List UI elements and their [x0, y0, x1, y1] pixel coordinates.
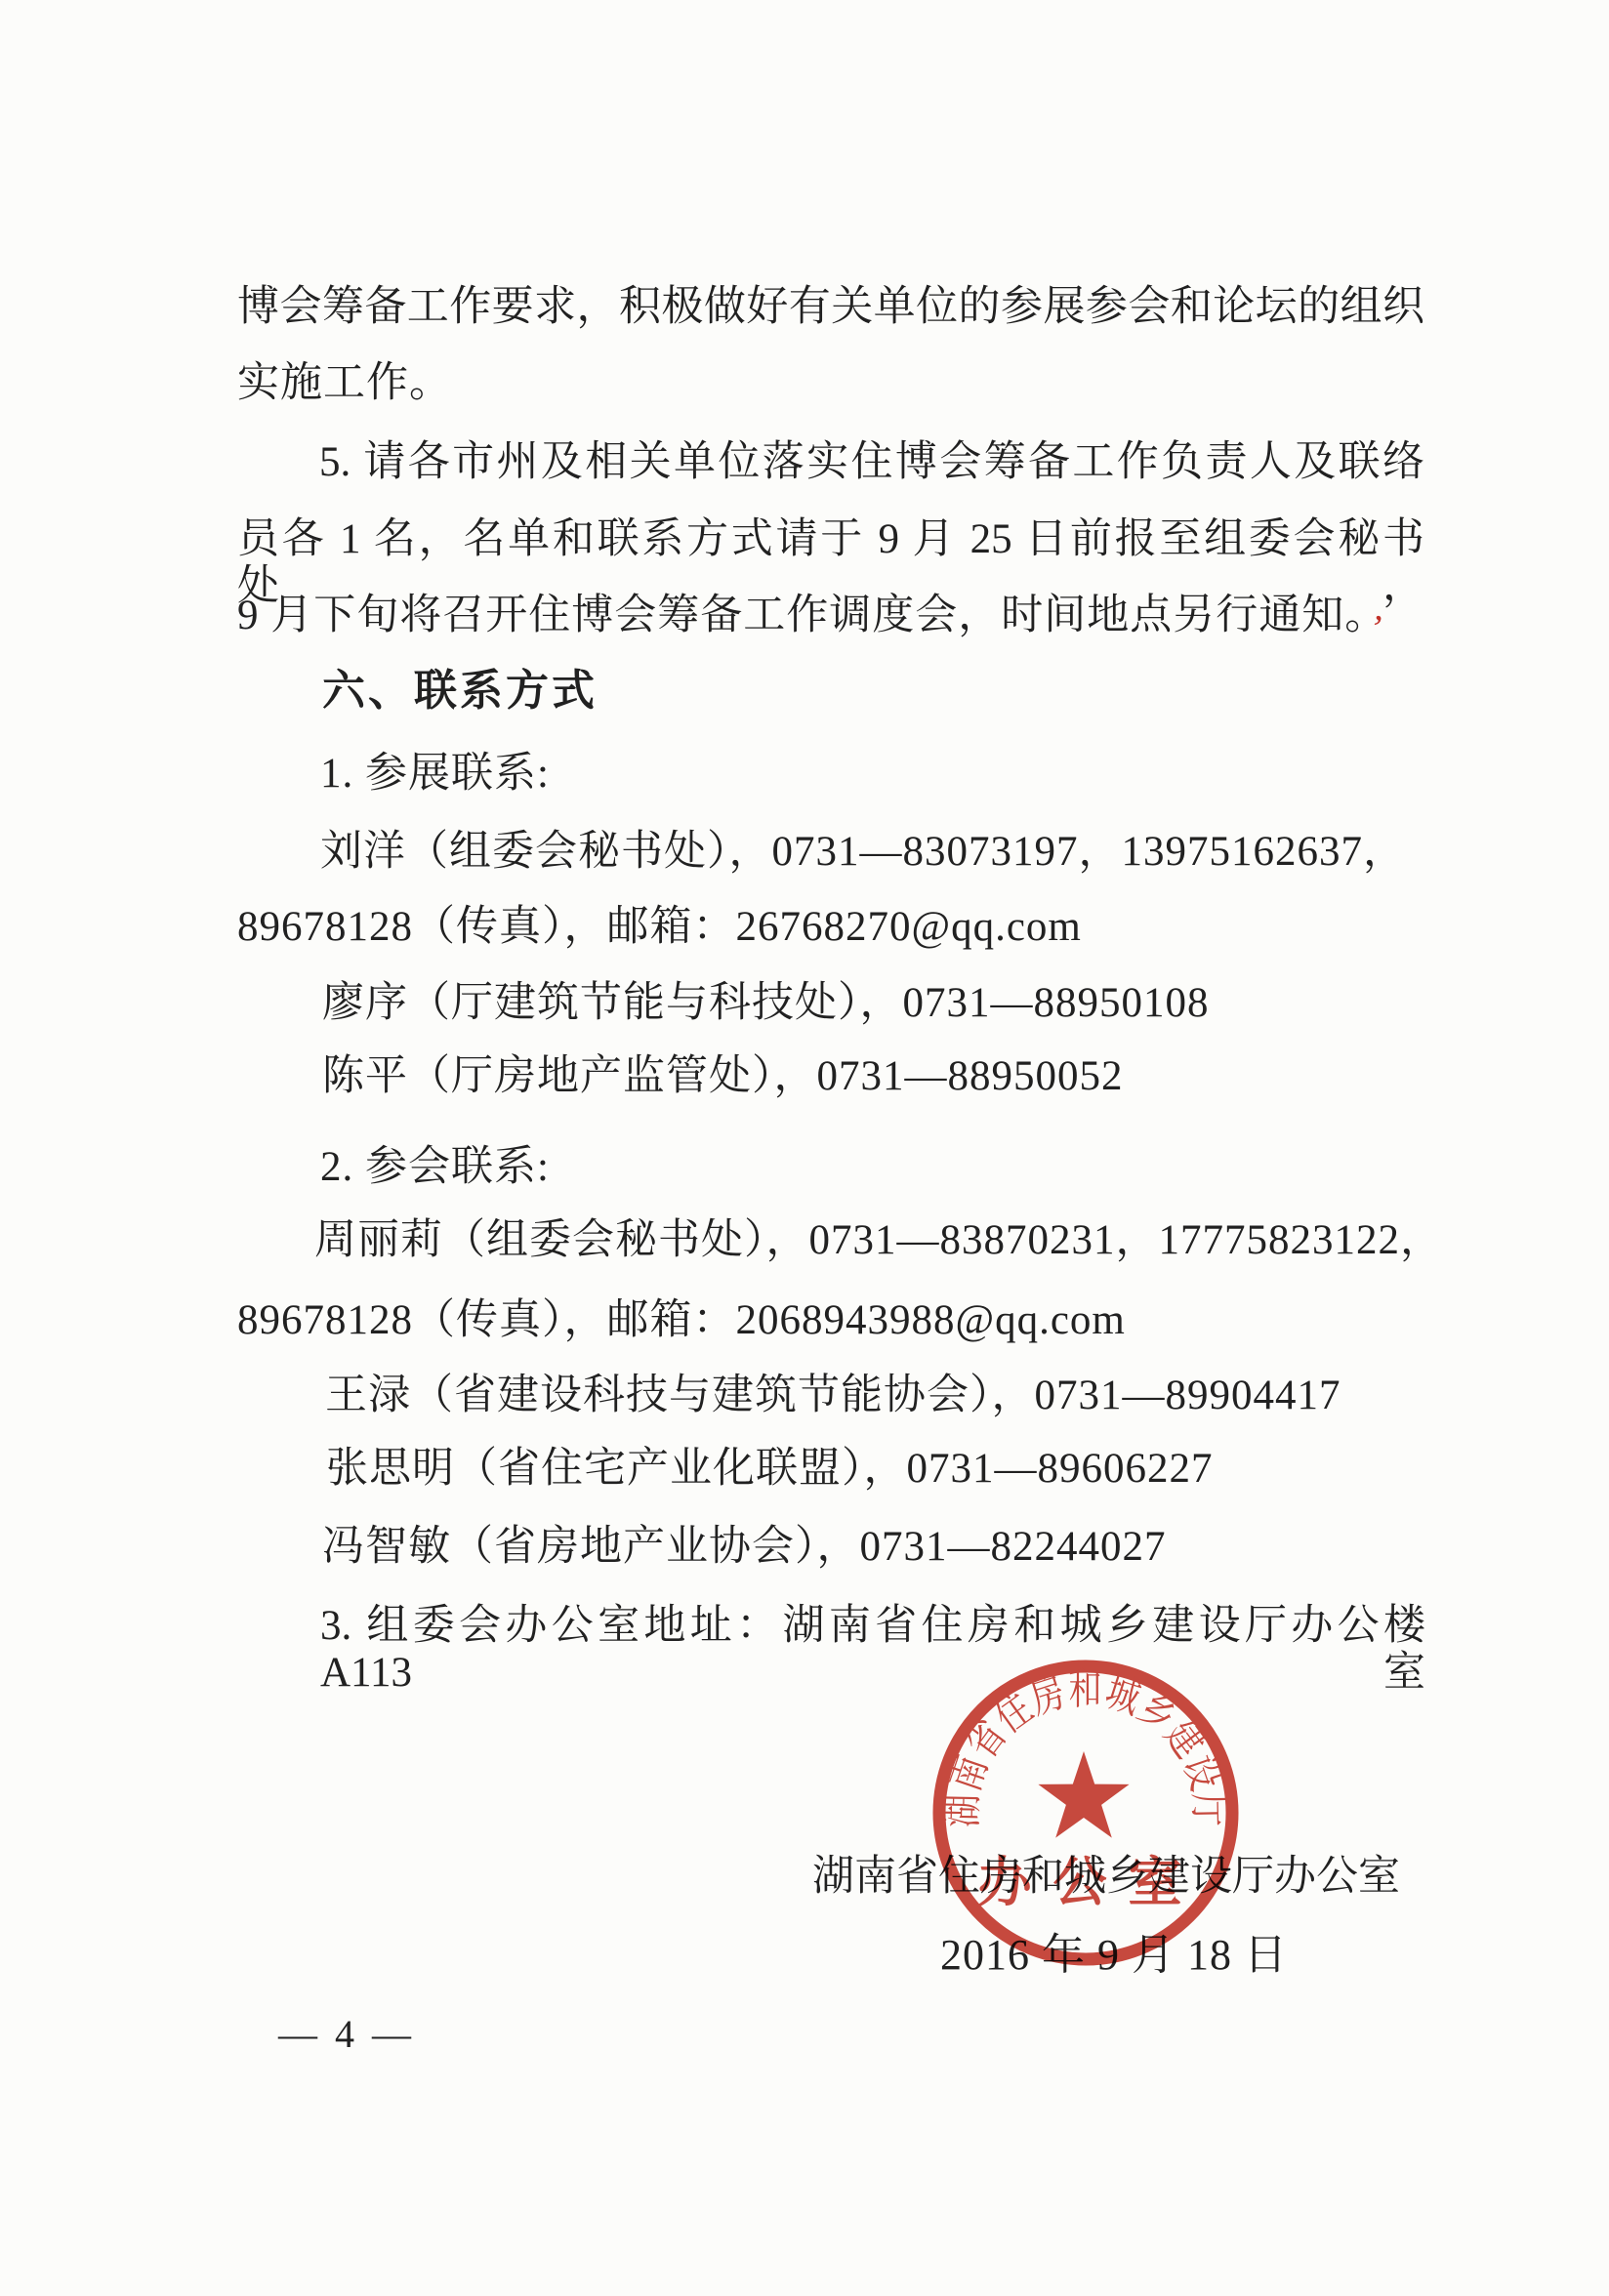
star-icon	[1038, 1751, 1129, 1838]
seal-center-text: 办公室	[977, 1853, 1203, 1912]
body-line: 周丽莉（组委会秘书处），0731—83870231，17775823122，	[314, 1217, 1443, 1264]
body-line: 89678128（传真），邮箱：2068943988@qq.com	[237, 1297, 1126, 1344]
document-page: 博会筹备工作要求，积极做好有关单位的参展参会和论坛的组织 实施工作。 5. 请各…	[0, 0, 1609, 2296]
body-line: 3. 组委会办公室地址：湖南省住房和城乡建设厅办公楼 A113 室	[320, 1603, 1425, 1697]
subheading-exhibit-contact: 1. 参展联系:	[320, 751, 550, 798]
body-line: 5. 请各市州及相关单位落实住博会筹备工作负责人及联络	[319, 439, 1424, 486]
body-line: 刘洋（组委会秘书处），0731—83073197，13975162637，	[320, 829, 1406, 876]
body-line: 张思明（省住宅产业化联盟），0731—89606227	[326, 1446, 1214, 1493]
body-line: 9 月下旬将召开住博会筹备工作调度会，时间地点另行通知。	[237, 593, 1387, 639]
body-line: 实施工作。	[237, 360, 452, 407]
body-line: 廖序（厅建筑节能与科技处），0731—88950108	[322, 980, 1210, 1027]
body-line: 博会筹备工作要求，积极做好有关单位的参展参会和论坛的组织	[237, 284, 1424, 331]
body-line: 89678128（传真），邮箱：26768270@qq.com	[237, 904, 1082, 951]
body-line: 王渌（省建设科技与建筑节能协会），0731—89904417	[325, 1373, 1341, 1419]
official-seal: 湖南省住房和城乡建设厅 办公室	[928, 1655, 1244, 1971]
page-number: — 4 —	[278, 2011, 415, 2057]
section-heading-contact: 六、联系方式	[322, 668, 598, 715]
body-line: 陈平（厅房地产监管处），0731—88950052	[322, 1053, 1124, 1100]
body-line: 冯智敏（省房地产业协会），0731—82244027	[322, 1524, 1167, 1571]
subheading-attend-contact: 2. 参会联系:	[320, 1144, 550, 1191]
